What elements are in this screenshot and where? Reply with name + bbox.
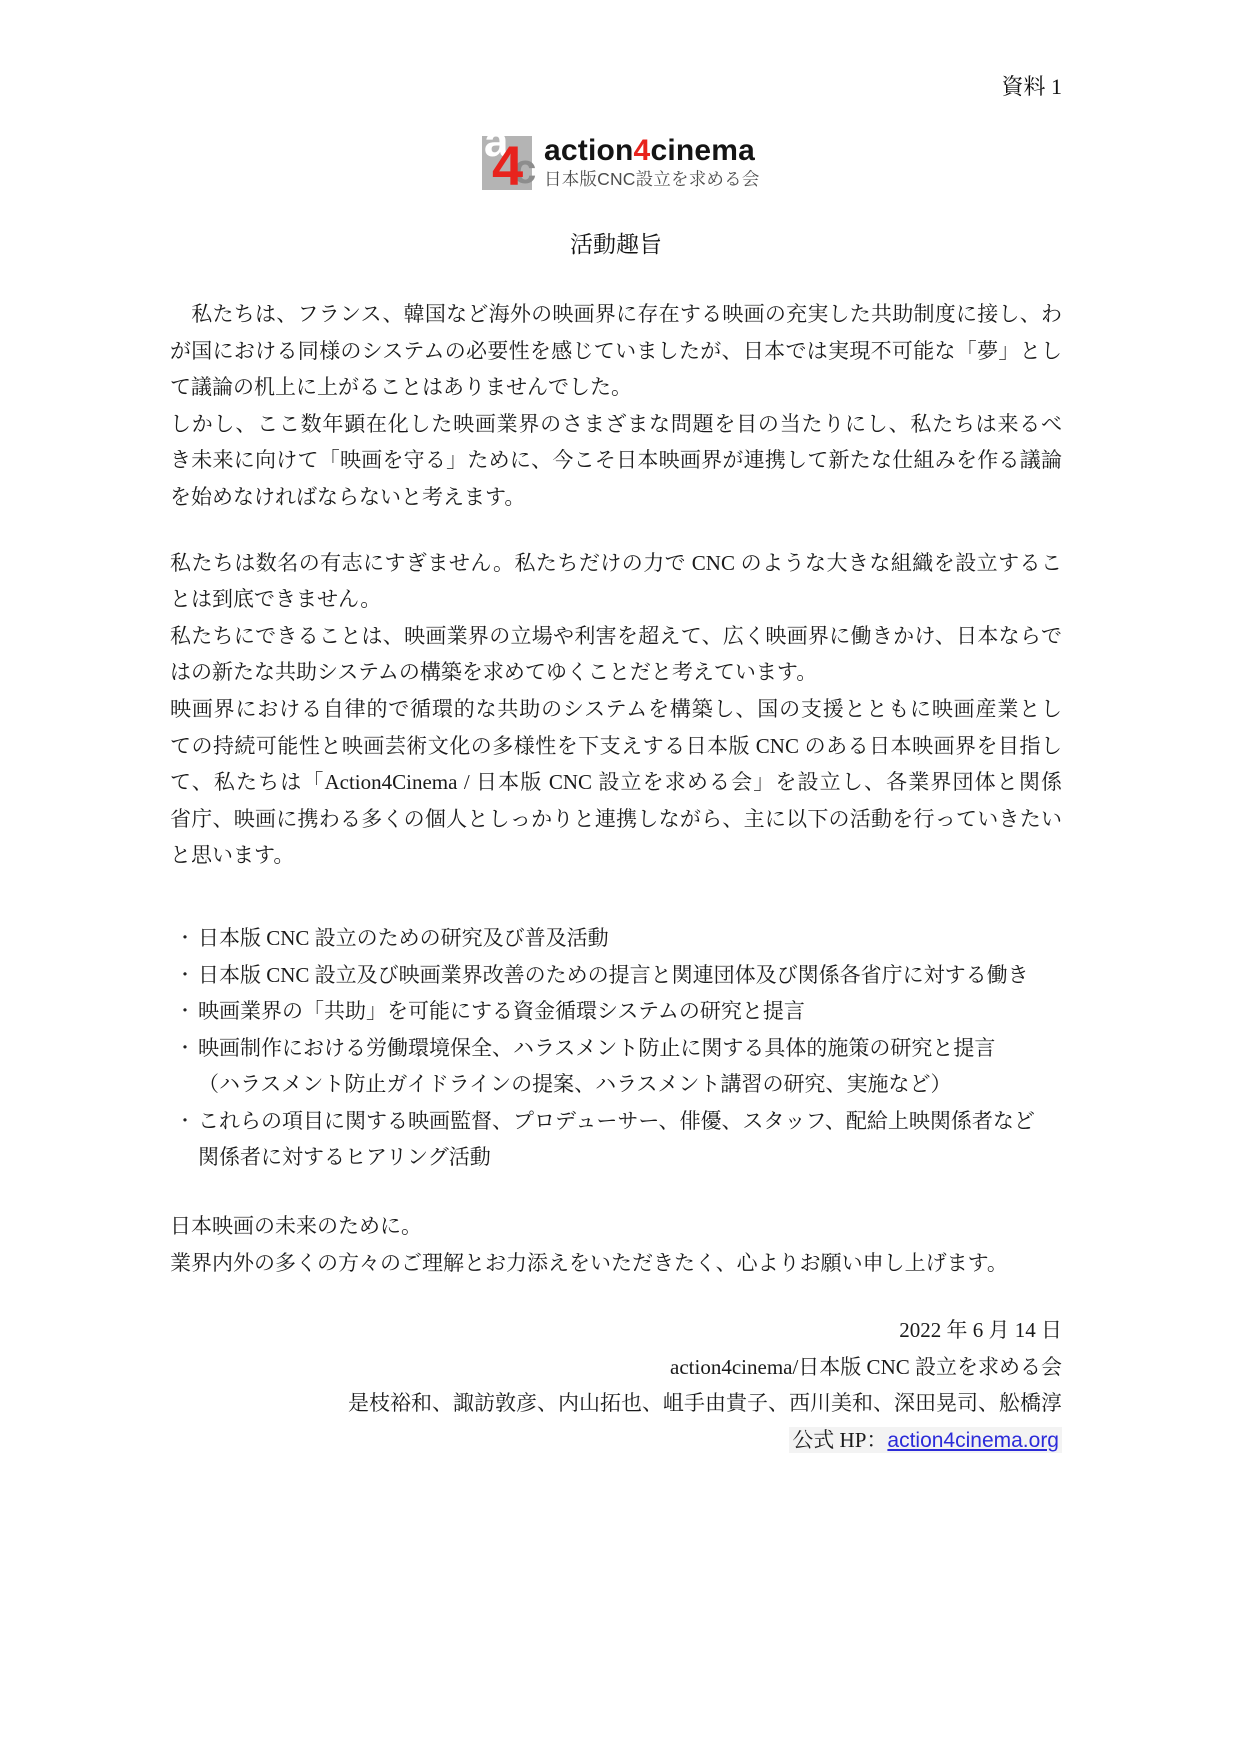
document-title: 活動趣旨 xyxy=(170,230,1062,260)
bullet-list: ・ 日本版 CNC 設立のための研究及び普及活動 ・ 日本版 CNC 設立及び映… xyxy=(170,920,1062,1176)
website-link[interactable]: action4cinema.org xyxy=(887,1429,1059,1452)
logo-digit-4: 4 xyxy=(492,138,523,194)
logo-text-block: action4cinema 日本版CNC設立を求める会 xyxy=(544,124,760,189)
signature-date: 2022 年 6 月 14 日 xyxy=(170,1312,1062,1349)
text-line: て議論の机上に上がることはありませんでした。 xyxy=(170,369,1062,406)
paragraph: しかし、ここ数年顕在化した映画業界のさまざまな問題を目の当たりにし、私たちは来る… xyxy=(170,406,1062,516)
text-line: 映画界における自律的で循環的な共助のシステムを構築し、国の支援とともに映画産業と… xyxy=(170,691,1062,728)
wordmark-action: action xyxy=(544,134,634,167)
action4cinema-logo: a c 4 action4cinema 日本版CNC設立を求める会 xyxy=(482,124,750,200)
text-line: はの新たな共助システムの構築を求めてゆくことだと考えています。 xyxy=(170,654,1062,691)
wordmark-cinema: cinema xyxy=(650,134,755,167)
text-line: ての持続可能性と映画芸術文化の多様性を下支えする日本版 CNC のある日本映画界… xyxy=(170,728,1062,765)
bullet-marker: ・ xyxy=(176,1030,194,1067)
logo-subtitle: 日本版CNC設立を求める会 xyxy=(544,169,760,189)
text-line: と思います。 xyxy=(170,837,1062,874)
text-line: しかし、ここ数年顕在化した映画業界のさまざまな問題を目の当たりにし、私たちは来る… xyxy=(170,406,1062,443)
text-line: （ハラスメント防止ガイドラインの提案、ハラスメント講習の研究、実施など） xyxy=(198,1066,1062,1103)
text-line: 私たちは数名の有志にすぎません。私たちだけの力で CNC のような大きな組織を設… xyxy=(170,545,1062,582)
text-line: 映画制作における労働環境保全、ハラスメント防止に関する具体的施策の研究と提言 xyxy=(198,1030,1062,1067)
document-body: 私たちは、フランス、韓国など海外の映画界に存在する映画の充実した共助制度に接し、… xyxy=(170,296,1062,1460)
paragraph-group-2: 私たちは数名の有志にすぎません。私たちだけの力で CNC のような大きな組織を設… xyxy=(170,545,1062,874)
text-line: を始めなければならないと考えます。 xyxy=(170,479,1062,516)
signature-members: 是枝裕和、諏訪敦彦、内山拓也、岨手由貴子、西川美和、深田晃司、舩橋淳 xyxy=(170,1385,1062,1422)
text-line: き未来に向けて「映画を守る」ために、今こそ日本映画界が連携して新たな仕組みを作る… xyxy=(170,442,1062,479)
wordmark-4: 4 xyxy=(634,134,651,167)
paragraph: 映画界における自律的で循環的な共助のシステムを構築し、国の支援とともに映画産業と… xyxy=(170,691,1062,874)
text-line: 私たちにできることは、映画業界の立場や利害を超えて、広く映画界に働きかけ、日本な… xyxy=(170,618,1062,655)
text-line: 業界内外の多くの方々のご理解とお力添えをいただきたく、心よりお願い申し上げます。 xyxy=(170,1245,1062,1282)
bullet-item: ・ これらの項目に関する映画監督、プロデューサー、俳優、スタッフ、配給上映関係者… xyxy=(170,1103,1062,1176)
closing-paragraph: 日本映画の未来のために。 業界内外の多くの方々のご理解とお力添えをいただきたく、… xyxy=(170,1208,1062,1281)
paragraph: 私たちにできることは、映画業界の立場や利害を超えて、広く映画界に働きかけ、日本な… xyxy=(170,618,1062,691)
signature-website-line: 公式 HP：action4cinema.org xyxy=(170,1422,1062,1460)
paragraph: 私たちは数名の有志にすぎません。私たちだけの力で CNC のような大きな組織を設… xyxy=(170,545,1062,618)
website-label: 公式 HP： xyxy=(792,1428,887,1452)
text-line: 日本版 CNC 設立のための研究及び普及活動 xyxy=(198,920,1062,957)
website-highlight: 公式 HP：action4cinema.org xyxy=(789,1427,1062,1453)
bullet-marker: ・ xyxy=(176,993,194,1030)
logo-mark-icon: a c 4 xyxy=(482,124,544,200)
text-line: 映画業界の「共助」を可能にする資金循環システムの研究と提言 xyxy=(198,993,1062,1030)
bullet-marker: ・ xyxy=(176,920,194,957)
bullet-marker: ・ xyxy=(176,957,194,994)
text-line: 関係者に対するヒアリング活動 xyxy=(198,1139,1062,1176)
text-line: 日本版 CNC 設立及び映画業界改善のための提言と関連団体及び関係各省庁に対する… xyxy=(198,957,1062,994)
text-line: 私たちは、フランス、韓国など海外の映画界に存在する映画の充実した共助制度に接し、… xyxy=(170,296,1062,333)
bullet-item: ・ 日本版 CNC 設立のための研究及び普及活動 xyxy=(170,920,1062,957)
text-line: 日本映画の未来のために。 xyxy=(170,1208,1062,1245)
document-number: 資料 1 xyxy=(170,0,1062,100)
bullet-item: ・ 映画業界の「共助」を可能にする資金循環システムの研究と提言 xyxy=(170,993,1062,1030)
paragraph-group-1: 私たちは、フランス、韓国など海外の映画界に存在する映画の充実した共助制度に接し、… xyxy=(170,296,1062,516)
text-line: 省庁、映画に携わる多くの個人としっかりと連携しながら、主に以下の活動を行っていき… xyxy=(170,801,1062,838)
bullet-marker: ・ xyxy=(176,1103,194,1140)
bullet-item: ・ 映画制作における労働環境保全、ハラスメント防止に関する具体的施策の研究と提言… xyxy=(170,1030,1062,1103)
text-line: て、私たちは「Action4Cinema / 日本版 CNC 設立を求める会」を… xyxy=(170,764,1062,801)
document-page: 資料 1 a c 4 action4cinema 日本版CNC設立を求める会 活… xyxy=(0,0,1239,1754)
logo-wordmark: action4cinema xyxy=(544,136,760,166)
signature-block: 2022 年 6 月 14 日 action4cinema/日本版 CNC 設立… xyxy=(170,1312,1062,1459)
text-line: これらの項目に関する映画監督、プロデューサー、俳優、スタッフ、配給上映関係者など xyxy=(198,1103,1062,1140)
paragraph: 私たちは、フランス、韓国など海外の映画界に存在する映画の充実した共助制度に接し、… xyxy=(170,296,1062,406)
text-line: が国における同様のシステムの必要性を感じていましたが、日本では実現不可能な「夢」… xyxy=(170,333,1062,370)
signature-org: action4cinema/日本版 CNC 設立を求める会 xyxy=(170,1349,1062,1386)
text-line: とは到底できません。 xyxy=(170,581,1062,618)
bullet-item: ・ 日本版 CNC 設立及び映画業界改善のための提言と関連団体及び関係各省庁に対… xyxy=(170,957,1062,994)
